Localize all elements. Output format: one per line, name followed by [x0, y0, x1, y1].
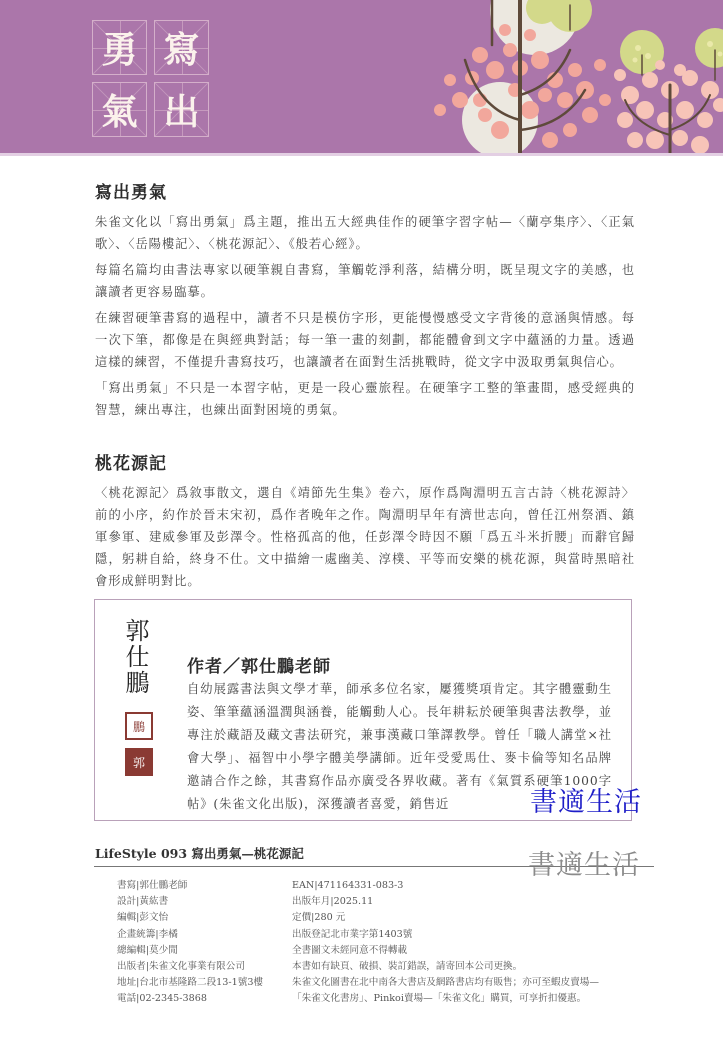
section-heading: 寫出勇氣 [95, 178, 635, 203]
credits-left: 書寫|郭仕鵬老師 設計|黃紘書 編輯|彭文怡 企畫統籌|李橘 總編輯|莫少閒 出… [117, 878, 263, 1008]
credit-line: EAN|471164331-083-3 [292, 878, 599, 894]
paragraph: 在練習硬筆書寫的過程中，讀者不只是模仿字形，更能慢慢感受文字背後的意涵與情感。每… [95, 307, 635, 373]
credit-line: 地址|台北市基隆路二段13-1號3樓 [117, 975, 263, 991]
watermark-blue: 書適生活 [530, 780, 642, 819]
title-char-chu: 出 [154, 82, 209, 137]
paragraph: 每篇名篇均由書法專家以硬筆親自書寫，筆觸乾淨利落，結構分明，既呈現文字的美感，也… [95, 259, 635, 303]
credit-line: 「朱雀文化書房」、Pinkoi賣場—「朱雀文化」購買，可享折扣優惠。 [292, 991, 599, 1007]
credit-line: 出版年月|2025.11 [292, 894, 599, 910]
author-signature: 郭仕鵬 [121, 618, 149, 696]
seal-stamp-icon: 郭 [125, 748, 153, 776]
title-char-yong: 勇 [92, 20, 147, 75]
credit-line: 全書圖文未經同意不得轉載 [292, 943, 599, 959]
title-grid: 勇 寫 氣 出 [92, 20, 212, 138]
credit-line: 本書如有缺頁、破損、裝訂錯誤，請寄回本公司更換。 [292, 959, 599, 975]
paragraph: 朱雀文化以「寫出勇氣」爲主題，推出五大經典佳作的硬筆字習字帖—〈蘭亭集序〉、〈正… [95, 211, 635, 255]
seal-stamp-icon: 鵬 [125, 712, 153, 740]
credit-line: 總編輯|莫少閒 [117, 943, 263, 959]
watermark-gray: 書適生活 [528, 843, 640, 882]
credit-line: 企畫統籌|李橘 [117, 927, 263, 943]
title-char-qi: 氣 [92, 82, 147, 137]
paragraph: 「寫出勇氣」不只是一本習字帖，更是一段心靈旅程。在硬筆字工整的筆畫間，感受經典的… [95, 377, 635, 421]
section-heading: 桃花源記 [95, 449, 635, 474]
author-title: 作者／郭仕鵬老師 [187, 652, 331, 677]
banner-divider [0, 153, 723, 156]
credit-line: 朱雀文化圖書在北中南各大書店及網路書店均有販售；亦可至蝦皮賣場— [292, 975, 599, 991]
credit-line: 出版登記北市業字第1403號 [292, 927, 599, 943]
paragraph: 〈桃花源記〉爲敘事散文，選自《靖節先生集》卷六，原作爲陶淵明五言古詩〈桃花源詩〉… [95, 482, 635, 592]
credit-line: 電話|02-2345-3868 [117, 991, 263, 1007]
peach-tree-illustration [380, 0, 723, 155]
credits-right: EAN|471164331-083-3 出版年月|2025.11 定價|280 … [292, 878, 599, 1008]
section-peach-blossom: 桃花源記 〈桃花源記〉爲敘事散文，選自《靖節先生集》卷六，原作爲陶淵明五言古詩〈… [95, 449, 635, 592]
credit-line: 書寫|郭仕鵬老師 [117, 878, 263, 894]
credit-line: 定價|280 元 [292, 910, 599, 926]
credit-line: 編輯|彭文怡 [117, 910, 263, 926]
section-write-courage: 寫出勇氣 朱雀文化以「寫出勇氣」爲主題，推出五大經典佳作的硬筆字習字帖—〈蘭亭集… [95, 178, 635, 421]
series-title: LifeStyle 093 寫出勇氣—桃花源記 [95, 844, 304, 862]
header-banner: 勇 寫 氣 出 [0, 0, 723, 155]
credit-line: 設計|黃紘書 [117, 894, 263, 910]
title-char-xie: 寫 [154, 20, 209, 75]
credit-line: 出版者|朱雀文化事業有限公司 [117, 959, 263, 975]
